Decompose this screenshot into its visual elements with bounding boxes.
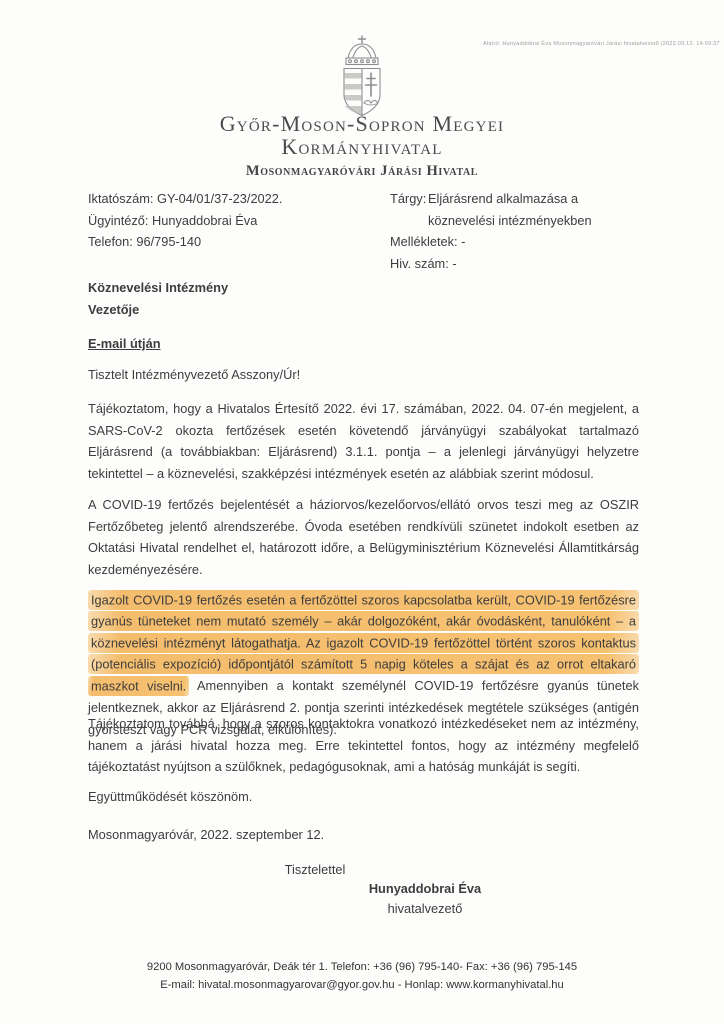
place-and-date: Mosonmagyaróvár, 2022. szeptember 12. [88,827,324,842]
addressee-line2: Vezetője [88,299,228,321]
salutation: Tisztelt Intézményvezető Asszony/Úr! [88,367,300,382]
paragraph-2: A COVID-19 fertőzés bejelentését a házio… [88,494,639,580]
attachments-row: Mellékletek: - [390,231,660,253]
subject-value-line2: köznevelési intézményekben [428,213,592,228]
metadata-right-column: Tárgy: Eljárásrend alkalmazása a közneve… [390,188,660,274]
clerk-label: Ügyintéző: [88,213,148,228]
closing-salute: Tisztelettel [260,862,370,877]
clerk-value: Hunyaddobrai Éva [152,213,257,228]
paragraph-4: Tájékoztatom továbbá, hogy a szoros kont… [88,713,639,778]
signer-name: Hunyaddobrai Éva [340,881,510,896]
footer-contact-line: E-mail: hivatal.mosonmagyarovar@gyor.gov… [0,977,724,995]
subject-label: Tárgy: [390,188,428,231]
case-number-row: Iktatószám: GY-04/01/37-23/2022. [88,188,282,210]
organization-title: Győr-Moson-Sopron Megyei Kormányhivatal [0,112,724,158]
case-number-value: GY-04/01/37-23/2022. [157,191,282,206]
scanned-letter-page: Aláíró: Hunyaddobrai Éva Mosonmagyaróvár… [0,0,724,1024]
footer-address-line: 9200 Mosonmagyaróvár, Deák tér 1. Telefo… [0,959,724,977]
district-office-name: Mosonmagyaróvári Járási Hivatal [0,163,724,180]
subject-value-line1: Eljárásrend alkalmazása a [428,191,578,206]
reference-number-row: Hiv. szám: - [390,253,660,275]
paragraph-1: Tájékoztatom, hogy a Hivatalos Értesítő … [88,398,639,484]
addressee-line1: Köznevelési Intézmény [88,277,228,299]
metadata-left-column: Iktatószám: GY-04/01/37-23/2022. Ügyinté… [88,188,282,253]
thanks-line: Együttműködését köszönöm. [88,789,252,804]
subject-value: Eljárásrend alkalmazása a köznevelési in… [428,188,592,231]
case-number-label: Iktatószám: [88,191,153,206]
org-name-line1: Győr-Moson-Sopron Megyei [0,112,724,135]
clerk-row: Ügyintéző: Hunyaddobrai Éva [88,210,282,232]
letterhead-footer: 9200 Mosonmagyaróvár, Deák tér 1. Telefo… [0,959,724,994]
addressee-block: Köznevelési Intézmény Vezetője [88,277,228,321]
phone-value: 96/795-140 [136,234,201,249]
delivery-method: E-mail útján [88,336,161,351]
org-name-line2: Kormányhivatal [0,135,724,158]
subject-row: Tárgy: Eljárásrend alkalmazása a közneve… [390,188,660,231]
signer-title: hivatalvezető [340,901,510,916]
phone-row: Telefon: 96/795-140 [88,231,282,253]
phone-label: Telefon: [88,234,133,249]
digital-signature-stamp: Aláíró: Hunyaddobrai Éva Mosonmagyaróvár… [483,41,718,47]
